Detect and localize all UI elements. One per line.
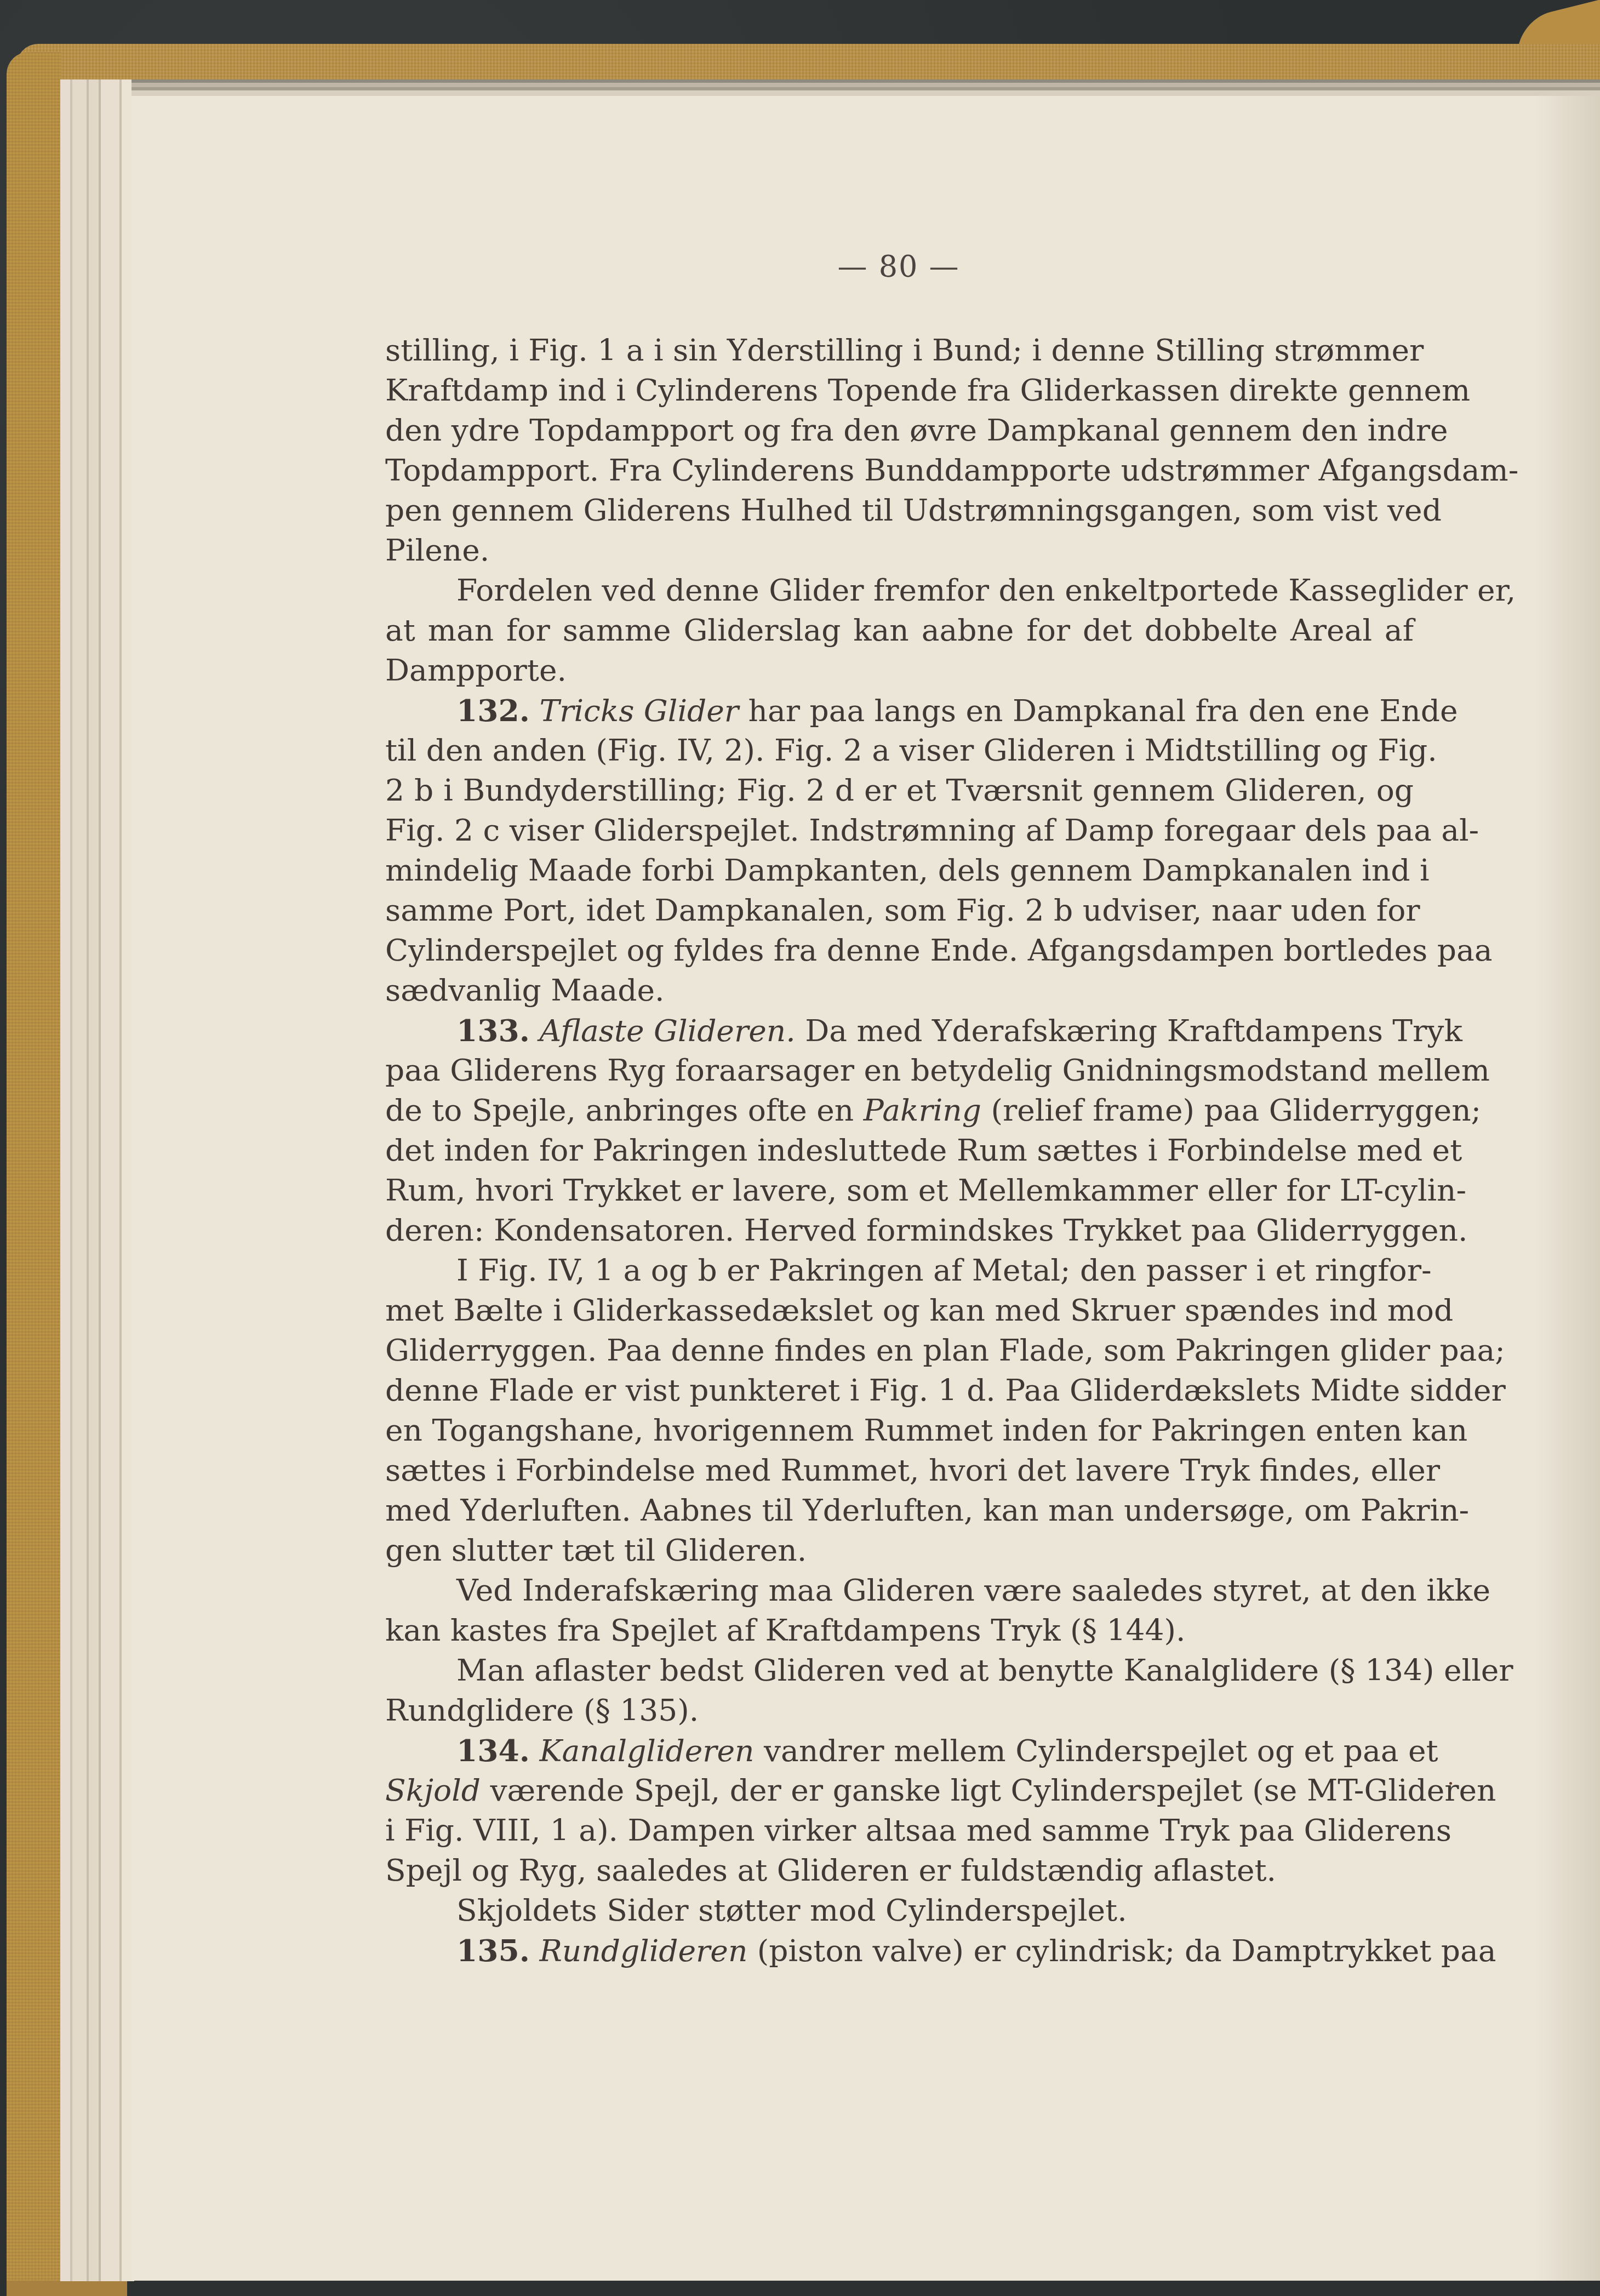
section-heading-line: 133. Aflaste Glideren. Da med Yderafskær… — [385, 1010, 1414, 1050]
text-line: deren: Kondensatoren. Herved formindskes… — [385, 1210, 1414, 1250]
text-line: mindelig Maade forbi Dampkanten, dels ge… — [385, 850, 1414, 890]
text-line: til den anden (Fig. IV, 2). Fig. 2 a vis… — [385, 730, 1414, 770]
text-line: Spejl og Ryg, saaledes at Glideren er fu… — [385, 1850, 1414, 1891]
section-number: 135. — [456, 1933, 530, 1968]
section-135: 135. Rundglideren (piston valve) er cyli… — [385, 1931, 1414, 1971]
page-stack-edges — [60, 79, 134, 2281]
text-line: stilling, i Fig. 1 a i sin Yderstilling … — [385, 330, 1414, 370]
term-italic: Pakring — [864, 1093, 981, 1128]
book-cover-bottom-corner — [7, 2281, 127, 2296]
section-title: Aflaste Glideren. — [539, 1013, 795, 1048]
text-line: Topdampport. Fra Cylinderens Bunddamppor… — [385, 450, 1414, 490]
section-number: 133. — [456, 1013, 530, 1048]
text-line: denne Flade er vist punkteret i Fig. 1 d… — [385, 1370, 1414, 1410]
text-line: Fig. 2 c viser Gliderspejlet. Indstrømni… — [385, 810, 1414, 850]
text-line: 2 b i Bundyderstilling; Fig. 2 d er et T… — [385, 770, 1414, 810]
book-cover-spine-edge — [7, 52, 61, 2296]
section-heading-line: 135. Rundglideren (piston valve) er cyli… — [385, 1931, 1414, 1971]
text-line: gen slutter tæt til Glideren. — [385, 1530, 1414, 1570]
section-133: 133. Aflaste Glideren. Da med Yderafskær… — [385, 1010, 1414, 1250]
text-run: (relief frame) paa Gliderryggen; — [981, 1093, 1481, 1128]
page-top-edge — [132, 79, 1600, 97]
text-line: Dampporte. — [385, 650, 1414, 690]
text-line: den ydre Topdampport og fra den øvre Dam… — [385, 410, 1414, 450]
text-line: Kraftdamp ind i Cylinderens Topende fra … — [385, 370, 1414, 410]
text-line: Gliderryggen. Paa denne findes en plan F… — [385, 1330, 1414, 1370]
paragraph: Ved Inderafskæring maa Glideren være saa… — [385, 1570, 1414, 1650]
section-number: 134. — [456, 1733, 530, 1768]
text-run: de to Spejle, anbringes ofte en — [385, 1093, 864, 1128]
body-text: stilling, i Fig. 1 a i sin Yderstilling … — [385, 330, 1414, 1971]
paragraph: stilling, i Fig. 1 a i sin Yderstilling … — [385, 330, 1414, 570]
text-line: I Fig. IV, 1 a og b er Pakringen af Meta… — [385, 1250, 1414, 1290]
text-run: vandrer mellem Cylinderspejlet og et paa… — [764, 1733, 1438, 1768]
text-line: paa Gliderens Ryg foraarsager en betydel… — [385, 1050, 1414, 1090]
book-cover-top-edge — [16, 44, 1600, 82]
text-run: værende Spejl, der er ganske ligt Cylind… — [481, 1773, 1496, 1808]
paper-speck — [1449, 1782, 1452, 1785]
text-line: Fordelen ved denne Glider fremfor den en… — [385, 570, 1414, 610]
text-line: med Yderluften. Aabnes til Yderluften, k… — [385, 1490, 1414, 1530]
section-heading-line: 134. Kanalglideren vandrer mellem Cylind… — [385, 1730, 1414, 1770]
text-line: sættes i Forbindelse med Rummet, hvori d… — [385, 1450, 1414, 1490]
paragraph: Skjoldets Sider støtter mod Cylinderspej… — [385, 1891, 1414, 1931]
text-run: (piston valve) er cylindrisk; da Damptry… — [757, 1933, 1496, 1968]
section-title: Rundglideren — [539, 1933, 747, 1968]
text-line: en Togangshane, hvorigennem Rummet inden… — [385, 1410, 1414, 1450]
text-line: det inden for Pakringen indesluttede Rum… — [385, 1130, 1414, 1170]
text-run: Da med Yderafskæring Kraftdampens Tryk — [805, 1013, 1462, 1048]
section-title: Tricks Glider — [539, 693, 739, 728]
paragraph: Man aflaster bedst Glideren ved at benyt… — [385, 1650, 1414, 1730]
section-title: Kanalglideren — [539, 1733, 754, 1768]
text-line: Man aflaster bedst Glideren ved at benyt… — [385, 1650, 1414, 1690]
text-line: Pilene. — [385, 530, 1414, 570]
text-line: i Fig. VIII, 1 a). Dampen virker altsaa … — [385, 1810, 1414, 1850]
text-line: at man for samme Gliderslag kan aabne fo… — [385, 610, 1414, 650]
text-line: Cylinderspejlet og fyldes fra denne Ende… — [385, 930, 1414, 970]
text-line: kan kastes fra Spejlet af Kraftdampens T… — [385, 1610, 1414, 1650]
text-line: samme Port, idet Dampkanalen, som Fig. 2… — [385, 890, 1414, 930]
text-run: har paa langs en Dampkanal fra den ene E… — [748, 693, 1458, 728]
text-line: Ved Inderafskæring maa Glideren være saa… — [385, 1570, 1414, 1610]
text-line: Skjold værende Spejl, der er ganske ligt… — [385, 1770, 1414, 1810]
text-line: Rundglidere (§ 135). — [385, 1690, 1414, 1730]
text-line: pen gennem Gliderens Hulhed til Udstrømn… — [385, 490, 1414, 530]
paragraph: Fordelen ved denne Glider fremfor den en… — [385, 570, 1414, 690]
text-line: met Bælte i Gliderkassedækslet og kan me… — [385, 1290, 1414, 1330]
text-line: de to Spejle, anbringes ofte en Pakring … — [385, 1090, 1414, 1130]
paragraph: I Fig. IV, 1 a og b er Pakringen af Meta… — [385, 1250, 1414, 1570]
section-number: 132. — [456, 693, 530, 728]
section-heading-line: 132. Tricks Glider har paa langs en Damp… — [385, 690, 1414, 730]
section-134: 134. Kanalglideren vandrer mellem Cylind… — [385, 1730, 1414, 1891]
text-line: Skjoldets Sider støtter mod Cylinderspej… — [385, 1891, 1414, 1931]
text-line: Rum, hvori Trykket er lavere, som et Mel… — [385, 1170, 1414, 1210]
term-italic: Skjold — [385, 1773, 481, 1808]
text-line: sædvanlig Maade. — [385, 970, 1414, 1010]
page-number: — 80 — — [789, 249, 1008, 284]
section-132: 132. Tricks Glider har paa langs en Damp… — [385, 690, 1414, 1010]
